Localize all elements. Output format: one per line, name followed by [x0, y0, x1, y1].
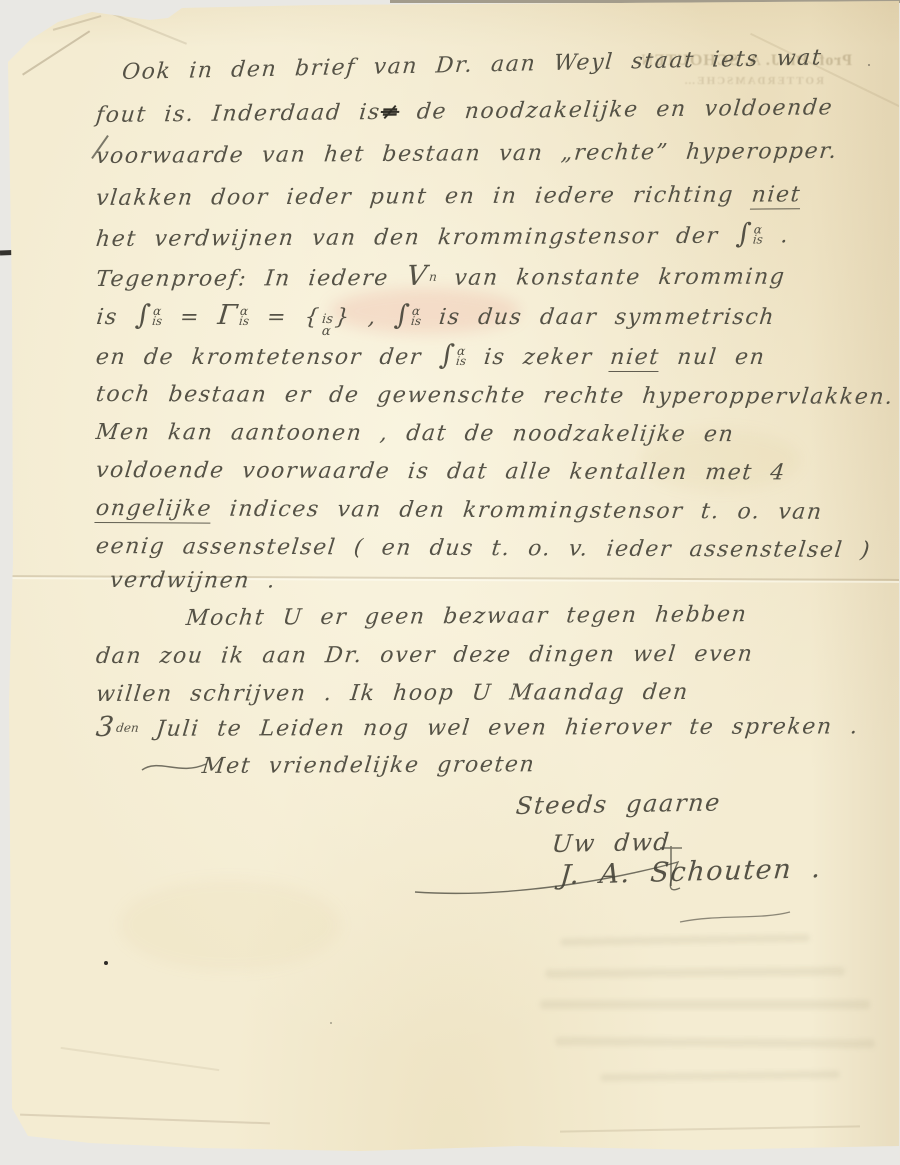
text-segment: = [248, 305, 306, 330]
text-segment: Steeds gaarne [515, 788, 723, 820]
handwriting-line: toch bestaan er de gewenschte rechte hyp… [95, 382, 895, 410]
closing-line: Uw dwd [551, 828, 672, 858]
handwriting-line: Men kan aantoonen , dat de noodzakelijke… [95, 420, 736, 447]
handwriting-line: het verdwijnen van den krommingstensor d… [95, 222, 791, 252]
text-segment: niet [609, 345, 661, 372]
text-segment: Tegenproef: In iedere [95, 266, 408, 292]
text-segment: { [303, 305, 321, 330]
text-segment: willen schrijven . Ik hoop U Maandag den [95, 680, 690, 707]
text-segment: Mocht U er geen bezwaar tegen hebben [185, 602, 749, 631]
text-segment: = [161, 305, 219, 330]
text-segment: vlakken door ieder punt en in iedere ric… [95, 183, 753, 211]
text-segment: Ook in den brief van Dr. aan Weyl staat … [121, 45, 823, 85]
handwriting-line: dan zou ik aan Dr. over deze dingen wel … [95, 642, 755, 669]
text-segment: nul en [658, 345, 766, 370]
formula-segment: ∫αis [735, 223, 764, 245]
scanned-letter-page: Prof. Dr. J. A. SCHOUTEN ROTTERDAMSCHE… … [0, 0, 900, 1165]
formula-segment: ∫αis [135, 304, 164, 326]
handwriting-line: Tegenproef: In iedere Vn van konstante k… [95, 264, 787, 292]
formula-segment: ∫αis [439, 344, 468, 366]
text-segment: is dus daar symmetrisch [420, 305, 776, 330]
text-segment: fout is. Inderdaad is [95, 100, 382, 128]
text-segment: voorwaarde van het bestaan van „rechte” … [95, 139, 839, 169]
letter-paper: Prof. Dr. J. A. SCHOUTEN ROTTERDAMSCHE… … [0, 0, 900, 1165]
text-segment: is zeker [465, 345, 611, 370]
text-segment: dan zou ik aan Dr. over deze dingen wel … [95, 642, 755, 669]
letter-body: Ook in den brief van Dr. aan Weyl staat … [0, 0, 900, 1165]
text-segment: J. A. Schouten . [559, 853, 823, 891]
handwriting-line: verdwijnen . [109, 568, 278, 594]
formula-segment: 3den [95, 716, 140, 738]
handwriting-line: eenig assenstelsel ( en dus t. o. v. ied… [95, 534, 873, 563]
text-segment: . [762, 223, 791, 248]
text-segment: niet [750, 182, 802, 209]
closing-salutation: Met vriendelijke groeten [201, 752, 537, 779]
text-segment: voldoende voorwaarde is dat alle kentall… [95, 458, 788, 485]
text-segment: is [95, 305, 137, 330]
formula-segment: ∫αis [394, 304, 423, 326]
handwriting-line: Mocht U er geen bezwaar tegen hebben [185, 602, 749, 631]
text-segment: het verdwijnen van den krommingstensor d… [95, 224, 738, 252]
formula-segment: Vn [406, 265, 438, 287]
text-segment: de noodzakelijke en voldoende [398, 95, 834, 125]
text-segment: Juli te Leiden nog wel even hierover te … [137, 714, 860, 742]
handwriting-line: voldoende voorwaarde is dat alle kentall… [95, 458, 788, 485]
text-segment: toch bestaan er de gewenschte rechte hyp… [95, 382, 895, 410]
signature: J. A. Schouten . [559, 853, 823, 891]
handwriting-line: 3den Juli te Leiden nog wel even hierove… [95, 713, 861, 742]
text-segment: eenig assenstelsel ( en dus t. o. v. ied… [95, 534, 873, 563]
text-segment: verdwijnen . [109, 568, 278, 594]
text-segment: Uw dwd [551, 828, 672, 858]
christoffel-stack: isα [320, 314, 333, 338]
handwriting-line: ongelijke indices van den krommingstenso… [95, 496, 824, 525]
handwriting-line: en de kromtetensor der ∫αis is zeker nie… [95, 344, 767, 370]
handwriting-line: vlakken door ieder punt en in iedere ric… [95, 182, 803, 211]
closing-line: Steeds gaarne [515, 788, 723, 820]
text-segment: , [349, 305, 395, 330]
text-segment: Men kan aantoonen , dat de noodzakelijke… [95, 420, 736, 447]
text-segment: en de kromtetensor der [95, 345, 441, 370]
handwriting-line: is ∫αis = Γαis = {isα} , ∫αis is dus daa… [94, 304, 776, 339]
text-segment: indices van den krommingstensor t. o. va… [211, 497, 824, 525]
text-segment: van konstante kromming [435, 265, 786, 291]
text-segment: ongelijke [94, 496, 213, 524]
handwriting-line: fout is. Inderdaad is≠ de noodzakelijke … [95, 94, 835, 128]
handwriting-line: willen schrijven . Ik hoop U Maandag den [95, 680, 690, 707]
text-segment: Met vriendelijke groeten [201, 752, 537, 779]
handwriting-line: Ook in den brief van Dr. aan Weyl staat … [121, 45, 823, 85]
formula-segment: Γαis [217, 304, 251, 326]
handwriting-line: voorwaarde van het bestaan van „rechte” … [95, 139, 839, 169]
